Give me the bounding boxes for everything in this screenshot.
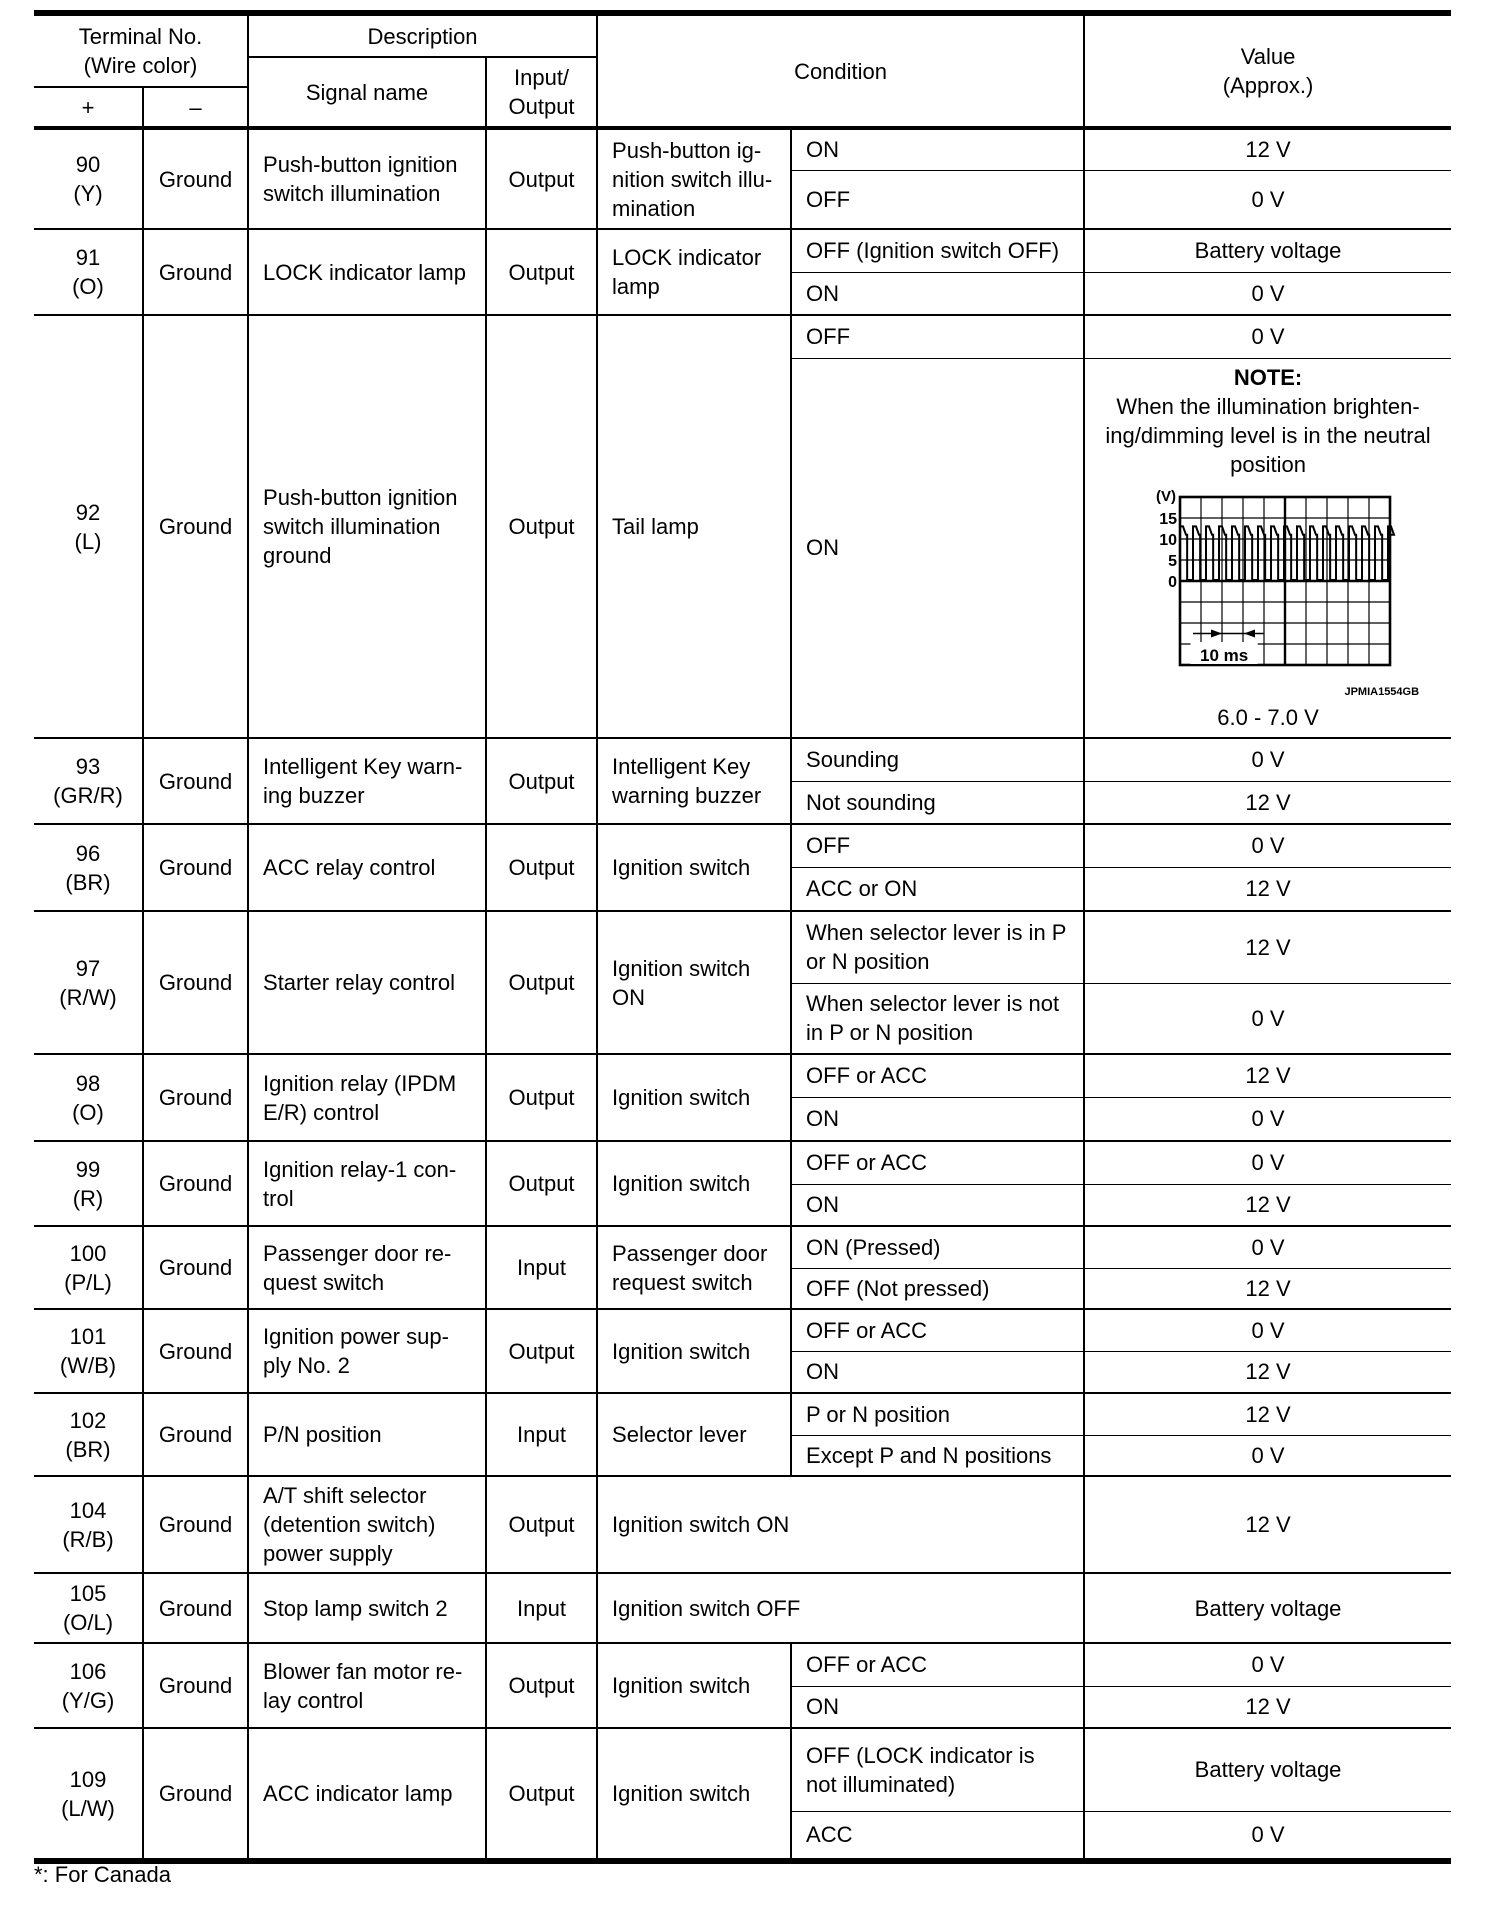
wire-color: (Y) <box>48 179 128 208</box>
wire-color: (R/W) <box>48 983 128 1012</box>
signal-name-cell: LOCK indicator lamp <box>248 229 486 315</box>
figure-id: JPMIA1554GB <box>1099 685 1419 699</box>
header-condition: Condition <box>597 13 1084 128</box>
table-row: 104(R/B)GroundA/T shift selector (detent… <box>34 1476 1451 1573</box>
io-cell: Output <box>486 1643 597 1728</box>
sub-condition-cell: ON <box>791 272 1084 315</box>
signal-name-cell: ACC indicator lamp <box>248 1728 486 1861</box>
signal-name-cell: ACC relay control <box>248 824 486 911</box>
io-cell: Output <box>486 738 597 824</box>
condition-cell: Ignition switch <box>597 1309 791 1393</box>
table-row: 92(L)GroundPush-button ignition switch i… <box>34 315 1451 358</box>
value-note-cell: NOTE:When the illumination brighten-ing/… <box>1084 358 1451 738</box>
oscilloscope-figure: (V)15105010 ms <box>1118 485 1418 685</box>
condition-cell: Ignition switch <box>597 824 791 911</box>
terminal-cell: 101(W/B) <box>34 1309 143 1393</box>
terminal-cell: 105(O/L) <box>34 1573 143 1643</box>
terminal-number: 93 <box>48 752 128 781</box>
wire-color: (L) <box>48 527 128 556</box>
io-cell: Input <box>486 1393 597 1476</box>
header-description: Description <box>248 13 597 57</box>
terminal-spec-table: Terminal No. (Wire color) Description Co… <box>34 10 1451 1864</box>
table-row: 97(R/W)GroundStarter relay controlOutput… <box>34 911 1451 983</box>
condition-cell: Ignition switch ON <box>597 911 791 1054</box>
sub-condition-cell: ON <box>791 1184 1084 1226</box>
header-value: Value (Approx.) <box>1084 13 1451 128</box>
sub-condition-cell: ACC or ON <box>791 867 1084 911</box>
value-cell: Battery voltage <box>1084 1728 1451 1811</box>
table-row: 93(GR/R)GroundIntelligent Key warn-ing b… <box>34 738 1451 781</box>
sub-condition-cell: OFF (Not pressed) <box>791 1268 1084 1309</box>
condition-cell: Push-button ig-nition switch illu-minati… <box>597 128 791 229</box>
terminal-cell: 90(Y) <box>34 128 143 229</box>
wire-color: (BR) <box>48 868 128 897</box>
value-cell: 12 V <box>1084 128 1451 170</box>
sub-condition-cell: ON (Pressed) <box>791 1226 1084 1268</box>
wire-color: (R) <box>48 1184 128 1213</box>
condition-cell: Intelligent Key warning buzzer <box>597 738 791 824</box>
signal-name-cell: Intelligent Key warn-ing buzzer <box>248 738 486 824</box>
terminal-number: 92 <box>48 498 128 527</box>
sub-condition-cell: ON <box>791 358 1084 738</box>
value-cell: 12 V <box>1084 1184 1451 1226</box>
value-cell: 0 V <box>1084 272 1451 315</box>
io-cell: Output <box>486 1309 597 1393</box>
io-cell: Output <box>486 911 597 1054</box>
condition-cell: Passenger door request switch <box>597 1226 791 1309</box>
terminal-cell: 98(O) <box>34 1054 143 1141</box>
table-row: 90(Y)GroundPush-button ignition switch i… <box>34 128 1451 170</box>
footnote: *: For Canada <box>34 1862 171 1888</box>
terminal-number: 104 <box>48 1496 128 1525</box>
sub-condition-cell: ON <box>791 1686 1084 1728</box>
sub-condition-cell: ACC <box>791 1811 1084 1861</box>
wire-color: (L/W) <box>48 1794 128 1823</box>
wire-color: (W/B) <box>48 1351 128 1380</box>
condition-cell: Ignition switch OFF <box>597 1573 1084 1643</box>
sub-condition-cell: OFF (LOCK indicator is not illuminated) <box>791 1728 1084 1811</box>
io-cell: Output <box>486 824 597 911</box>
terminal-number: 91 <box>48 243 128 272</box>
sub-condition-cell: OFF or ACC <box>791 1643 1084 1686</box>
wire-color: (P/L) <box>48 1268 128 1297</box>
value-cell: 12 V <box>1084 781 1451 824</box>
sub-condition-cell: ON <box>791 128 1084 170</box>
header-value-approx: (Approx.) <box>1099 71 1437 100</box>
sub-condition-cell: Not sounding <box>791 781 1084 824</box>
terminal-cell: 104(R/B) <box>34 1476 143 1573</box>
io-cell: Output <box>486 128 597 229</box>
io-cell: Output <box>486 1728 597 1861</box>
value-cell: 0 V <box>1084 1226 1451 1268</box>
condition-cell: Ignition switch <box>597 1643 791 1728</box>
header-wire-color: (Wire color) <box>48 51 233 80</box>
signal-name-cell: A/T shift selector (detention switch) po… <box>248 1476 486 1573</box>
value-cell: 0 V <box>1084 1435 1451 1476</box>
ground-cell: Ground <box>143 229 248 315</box>
ground-cell: Ground <box>143 1476 248 1573</box>
signal-name-cell: Ignition relay (IPDM E/R) control <box>248 1054 486 1141</box>
sub-condition-cell: When selector lever is not in P or N pos… <box>791 983 1084 1054</box>
terminal-number: 109 <box>48 1765 128 1794</box>
table-row: 109(L/W)GroundACC indicator lampOutputIg… <box>34 1728 1451 1811</box>
condition-cell: LOCK indicator lamp <box>597 229 791 315</box>
terminal-cell: 93(GR/R) <box>34 738 143 824</box>
value-cell: 12 V <box>1084 1686 1451 1728</box>
sub-condition-cell: OFF <box>791 824 1084 867</box>
wire-color: (BR) <box>48 1435 128 1464</box>
terminal-number: 101 <box>48 1322 128 1351</box>
sub-condition-cell: OFF or ACC <box>791 1054 1084 1097</box>
terminal-cell: 96(BR) <box>34 824 143 911</box>
header-terminal: Terminal No. (Wire color) <box>34 13 248 87</box>
signal-name-cell: Stop lamp switch 2 <box>248 1573 486 1643</box>
condition-cell: Ignition switch <box>597 1141 791 1226</box>
wire-color: (Y/G) <box>48 1686 128 1715</box>
ground-cell: Ground <box>143 824 248 911</box>
io-cell: Output <box>486 229 597 315</box>
condition-cell: Ignition switch <box>597 1054 791 1141</box>
terminal-cell: 99(R) <box>34 1141 143 1226</box>
io-cell: Input <box>486 1226 597 1309</box>
value-cell: 0 V <box>1084 1097 1451 1141</box>
header-input-output: Input/ Output <box>486 57 597 128</box>
sub-condition-cell: OFF or ACC <box>791 1309 1084 1351</box>
wire-color: (R/B) <box>48 1525 128 1554</box>
sub-condition-cell: ON <box>791 1097 1084 1141</box>
wire-color: (O/L) <box>48 1608 128 1637</box>
value-cell: 0 V <box>1084 1643 1451 1686</box>
terminal-cell: 106(Y/G) <box>34 1643 143 1728</box>
terminal-number: 98 <box>48 1069 128 1098</box>
svg-text:0: 0 <box>1168 574 1177 591</box>
value-cell: 0 V <box>1084 1309 1451 1351</box>
header-minus: – <box>143 87 248 128</box>
table-row: 106(Y/G)GroundBlower fan motor re-lay co… <box>34 1643 1451 1686</box>
ground-cell: Ground <box>143 1309 248 1393</box>
value-cell: 0 V <box>1084 1141 1451 1184</box>
svg-text:10 ms: 10 ms <box>1200 646 1248 665</box>
terminal-cell: 100(P/L) <box>34 1226 143 1309</box>
condition-cell: Ignition switch ON <box>597 1476 1084 1573</box>
io-cell: Output <box>486 1141 597 1226</box>
signal-name-cell: Push-button ignition switch illumination <box>248 128 486 229</box>
value-cell: 12 V <box>1084 867 1451 911</box>
value-cell: 0 V <box>1084 824 1451 867</box>
value-text: 6.0 - 7.0 V <box>1099 703 1437 732</box>
condition-cell: Tail lamp <box>597 315 791 738</box>
terminal-number: 90 <box>48 150 128 179</box>
sub-condition-cell: OFF <box>791 170 1084 229</box>
value-cell: 0 V <box>1084 315 1451 358</box>
value-cell: 12 V <box>1084 1476 1451 1573</box>
terminal-cell: 109(L/W) <box>34 1728 143 1861</box>
value-cell: 0 V <box>1084 170 1451 229</box>
value-cell: 0 V <box>1084 738 1451 781</box>
svg-text:15: 15 <box>1159 511 1177 528</box>
ground-cell: Ground <box>143 1054 248 1141</box>
terminal-cell: 97(R/W) <box>34 911 143 1054</box>
table-row: 91(O)GroundLOCK indicator lampOutputLOCK… <box>34 229 1451 272</box>
ground-cell: Ground <box>143 1393 248 1476</box>
sub-condition-cell: ON <box>791 1351 1084 1393</box>
value-cell: 12 V <box>1084 1268 1451 1309</box>
table-row: 102(BR)GroundP/N positionInputSelector l… <box>34 1393 1451 1435</box>
value-cell: Battery voltage <box>1084 229 1451 272</box>
value-cell: 12 V <box>1084 1393 1451 1435</box>
sub-condition-cell: P or N position <box>791 1393 1084 1435</box>
condition-cell: Selector lever <box>597 1393 791 1476</box>
ground-cell: Ground <box>143 1643 248 1728</box>
wire-color: (GR/R) <box>48 781 128 810</box>
signal-name-cell: Ignition relay-1 con-trol <box>248 1141 486 1226</box>
signal-name-cell: Ignition power sup-ply No. 2 <box>248 1309 486 1393</box>
wire-color: (O) <box>48 272 128 301</box>
value-cell: 12 V <box>1084 911 1451 983</box>
terminal-cell: 102(BR) <box>34 1393 143 1476</box>
table-row: 105(O/L)GroundStop lamp switch 2InputIgn… <box>34 1573 1451 1643</box>
note-text: When the illumination brighten-ing/dimmi… <box>1099 392 1437 479</box>
terminal-number: 96 <box>48 839 128 868</box>
io-cell: Input <box>486 1573 597 1643</box>
svg-text:(V): (V) <box>1156 488 1176 505</box>
table-row: 101(W/B)GroundIgnition power sup-ply No.… <box>34 1309 1451 1351</box>
terminal-number: 105 <box>48 1579 128 1608</box>
ground-cell: Ground <box>143 1573 248 1643</box>
ground-cell: Ground <box>143 128 248 229</box>
ground-cell: Ground <box>143 315 248 738</box>
table-row: 96(BR)GroundACC relay controlOutputIgnit… <box>34 824 1451 867</box>
signal-name-cell: P/N position <box>248 1393 486 1476</box>
table-row: 98(O)GroundIgnition relay (IPDM E/R) con… <box>34 1054 1451 1097</box>
condition-cell: Ignition switch <box>597 1728 791 1861</box>
ground-cell: Ground <box>143 911 248 1054</box>
terminal-number: 106 <box>48 1657 128 1686</box>
sub-condition-cell: Sounding <box>791 738 1084 781</box>
value-cell: 0 V <box>1084 983 1451 1054</box>
svg-text:5: 5 <box>1168 553 1177 570</box>
value-cell: 0 V <box>1084 1811 1451 1861</box>
terminal-number: 102 <box>48 1406 128 1435</box>
ground-cell: Ground <box>143 1226 248 1309</box>
ground-cell: Ground <box>143 1728 248 1861</box>
io-cell: Output <box>486 1476 597 1573</box>
wire-color: (O) <box>48 1098 128 1127</box>
sub-condition-cell: OFF <box>791 315 1084 358</box>
signal-name-cell: Passenger door re-quest switch <box>248 1226 486 1309</box>
sub-condition-cell: OFF (Ignition switch OFF) <box>791 229 1084 272</box>
table-row: 100(P/L)GroundPassenger door re-quest sw… <box>34 1226 1451 1268</box>
value-cell: 12 V <box>1084 1351 1451 1393</box>
terminal-number: 99 <box>48 1155 128 1184</box>
terminal-number: 97 <box>48 954 128 983</box>
sub-condition-cell: Except P and N positions <box>791 1435 1084 1476</box>
ground-cell: Ground <box>143 738 248 824</box>
header-signal-name: Signal name <box>248 57 486 128</box>
signal-name-cell: Push-button ignition switch illumination… <box>248 315 486 738</box>
io-cell: Output <box>486 1054 597 1141</box>
sub-condition-cell: OFF or ACC <box>791 1141 1084 1184</box>
header-plus: + <box>34 87 143 128</box>
header-terminal-no: Terminal No. <box>48 22 233 51</box>
sub-condition-cell: When selector lever is in P or N positio… <box>791 911 1084 983</box>
terminal-number: 100 <box>48 1239 128 1268</box>
terminal-cell: 92(L) <box>34 315 143 738</box>
table-row: 99(R)GroundIgnition relay-1 con-trolOutp… <box>34 1141 1451 1184</box>
signal-name-cell: Blower fan motor re-lay control <box>248 1643 486 1728</box>
value-cell: Battery voltage <box>1084 1573 1451 1643</box>
header-value-label: Value <box>1099 42 1437 71</box>
signal-name-cell: Starter relay control <box>248 911 486 1054</box>
svg-text:10: 10 <box>1159 532 1177 549</box>
terminal-rows: 90(Y)GroundPush-button ignition switch i… <box>34 128 1451 1861</box>
note-title: NOTE: <box>1099 363 1437 392</box>
io-cell: Output <box>486 315 597 738</box>
value-cell: 12 V <box>1084 1054 1451 1097</box>
terminal-table-page: Terminal No. (Wire color) Description Co… <box>34 10 1451 1864</box>
terminal-cell: 91(O) <box>34 229 143 315</box>
ground-cell: Ground <box>143 1141 248 1226</box>
